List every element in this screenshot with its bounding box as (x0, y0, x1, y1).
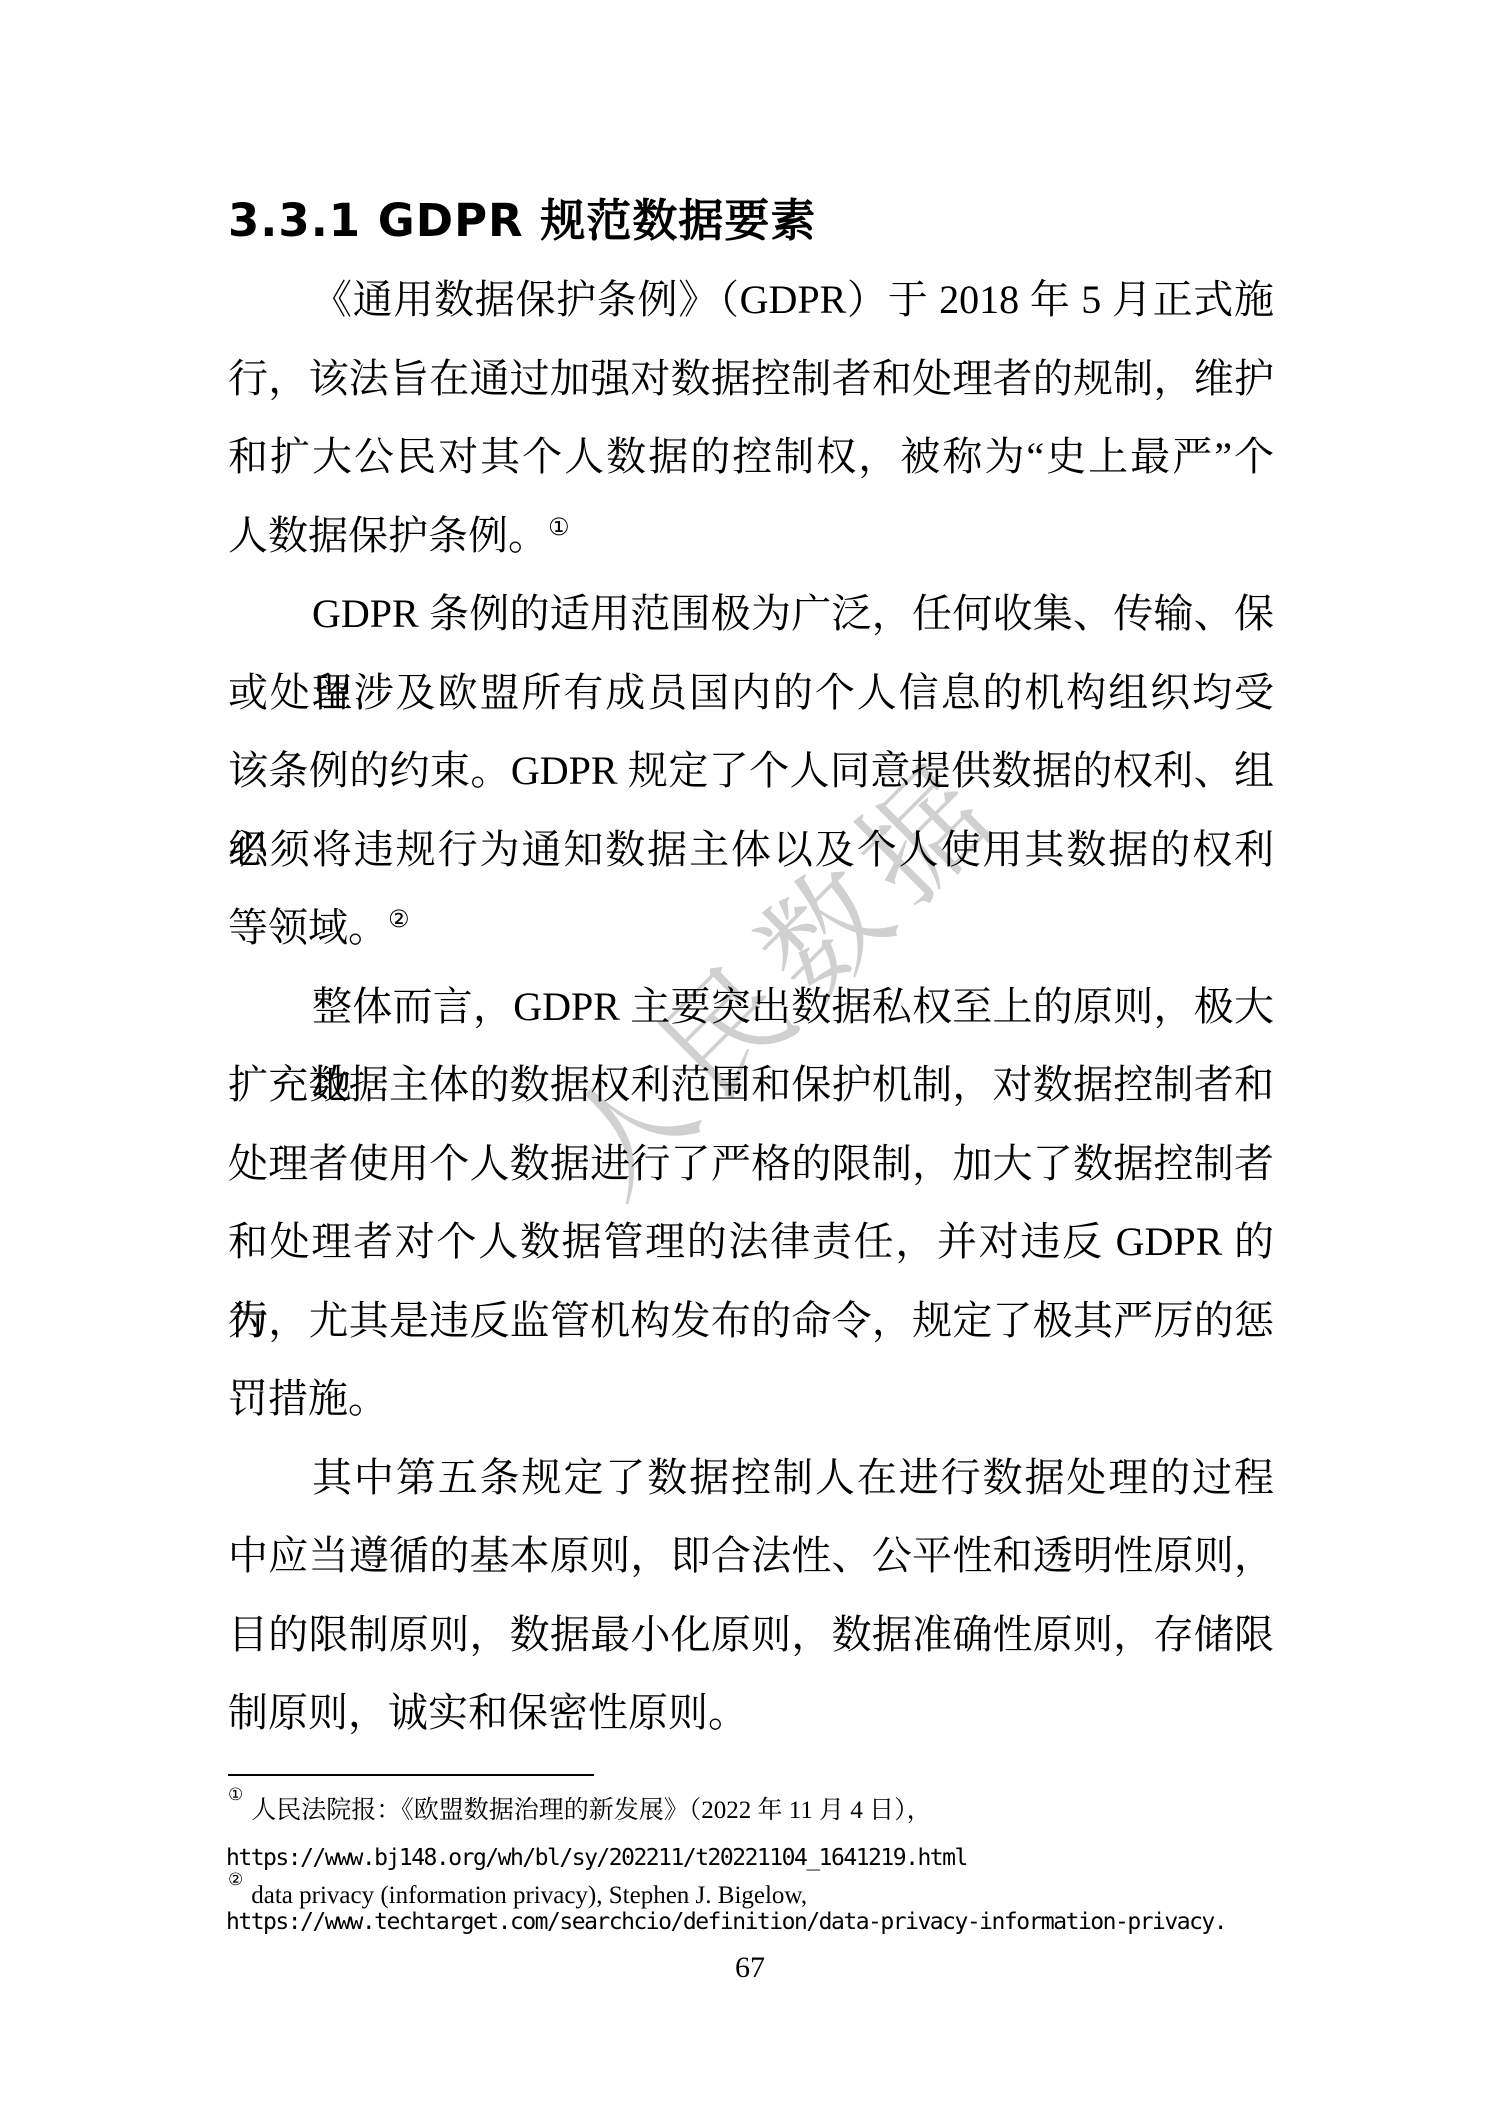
footnote-marker-1: ① (228, 1785, 243, 1805)
body-line-text: 制原则，诚实和保密性原则。 (228, 1690, 748, 1735)
body-line-text: 或处理涉及欧盟所有成员国内的个人信息的机构组织均受 (228, 670, 1274, 715)
page-number: 67 (0, 1950, 1500, 1986)
body-line: 其中第五条规定了数据控制人在进行数据处理的过程 (228, 1439, 1274, 1518)
body-line-text: 行，该法旨在通过加强对数据控制者和处理者的规制，维护 (228, 356, 1274, 401)
footnote-separator (228, 1774, 594, 1776)
body-line: 整体而言，GDPR 主要突出数据私权至上的原则，极大地 (228, 968, 1274, 1047)
body-line-text: 和扩大公民对其个人数据的控制权，被称为“史上最严”个 (228, 434, 1274, 479)
body-line-text: 人数据保护条例。 (228, 513, 548, 558)
body-line-text: 目的限制原则，数据最小化原则，数据准确性原则，存储限 (228, 1612, 1274, 1657)
body-line: 或处理涉及欧盟所有成员国内的个人信息的机构组织均受 (228, 654, 1274, 733)
body-line-text: 《通用数据保护条例》（GDPR）于 2018 年 5 月正式施 (312, 277, 1274, 322)
body-line: 《通用数据保护条例》（GDPR）于 2018 年 5 月正式施 (228, 261, 1274, 340)
footnote-1: ①人民法院报：《欧盟数据治理的新发展》（2022 年 11 月 4 日）， (228, 1788, 1348, 1834)
body-line: 制原则，诚实和保密性原则。 (228, 1674, 1274, 1753)
body-line: 扩充数据主体的数据权利范围和保护机制，对数据控制者和 (228, 1046, 1274, 1125)
body-line: 处理者使用个人数据进行了严格的限制，加大了数据控制者 (228, 1125, 1274, 1204)
body-line: 和处理者对个人数据管理的法律责任，并对违反 GDPR 的行 (228, 1203, 1274, 1282)
body-line: GDPR 条例的适用范围极为广泛，任何收集、传输、保留 (228, 575, 1274, 654)
document-page: 人民数据 3.3.1 GDPR 规范数据要素 《通用数据保护条例》（GDPR）于… (0, 0, 1500, 2121)
body-line: 目的限制原则，数据最小化原则，数据准确性原则，存储限 (228, 1596, 1274, 1675)
body-line-text: 其中第五条规定了数据控制人在进行数据处理的过程 (312, 1455, 1274, 1500)
footnote-ref: ① (548, 513, 570, 541)
body-line-text: 等领域。 (228, 905, 388, 950)
footnote-ref: ② (388, 905, 410, 933)
footnote-2-text: data privacy (information privacy), Step… (251, 1882, 807, 1909)
body-text: 《通用数据保护条例》（GDPR）于 2018 年 5 月正式施 行，该法旨在通过… (228, 261, 1274, 1753)
body-line: 行，该法旨在通过加强对数据控制者和处理者的规制，维护 (228, 340, 1274, 419)
body-line-text: 中应当遵循的基本原则，即合法性、公平性和透明性原则， (228, 1533, 1274, 1578)
body-line-text: 罚措施。 (228, 1376, 388, 1421)
section-heading: 3.3.1 GDPR 规范数据要素 (228, 190, 816, 252)
body-line-text: 必须将违规行为通知数据主体以及个人使用其数据的权利 (228, 827, 1274, 872)
body-line: 中应当遵循的基本原则，即合法性、公平性和透明性原则， (228, 1517, 1274, 1596)
body-line: 为，尤其是违反监管机构发布的命令，规定了极其严厉的惩 (228, 1282, 1274, 1361)
body-line: 该条例的约束。GDPR 规定了个人同意提供数据的权利、组织 (228, 732, 1274, 811)
footnote-1-text: 人民法院报：《欧盟数据治理的新发展》（2022 年 11 月 4 日）， (251, 1797, 931, 1824)
footnote-2-url: https://www.techtarget.com/searchcio/def… (226, 1906, 1346, 1938)
footnote-marker-2: ② (228, 1870, 243, 1890)
body-line: 人数据保护条例。① (228, 497, 1274, 576)
body-line-text: 扩充数据主体的数据权利范围和保护机制，对数据控制者和 (228, 1062, 1274, 1107)
body-line-text: 处理者使用个人数据进行了严格的限制，加大了数据控制者 (228, 1141, 1274, 1186)
body-line: 等领域。② (228, 889, 1274, 968)
body-line: 必须将违规行为通知数据主体以及个人使用其数据的权利 (228, 811, 1274, 890)
body-line-text: 为，尤其是违反监管机构发布的命令，规定了极其严厉的惩 (228, 1298, 1274, 1343)
footnote-1-url: https://www.bj148.org/wh/bl/sy/202211/t2… (226, 1836, 1346, 1880)
body-line: 罚措施。 (228, 1360, 1274, 1439)
body-line: 和扩大公民对其个人数据的控制权，被称为“史上最严”个 (228, 418, 1274, 497)
